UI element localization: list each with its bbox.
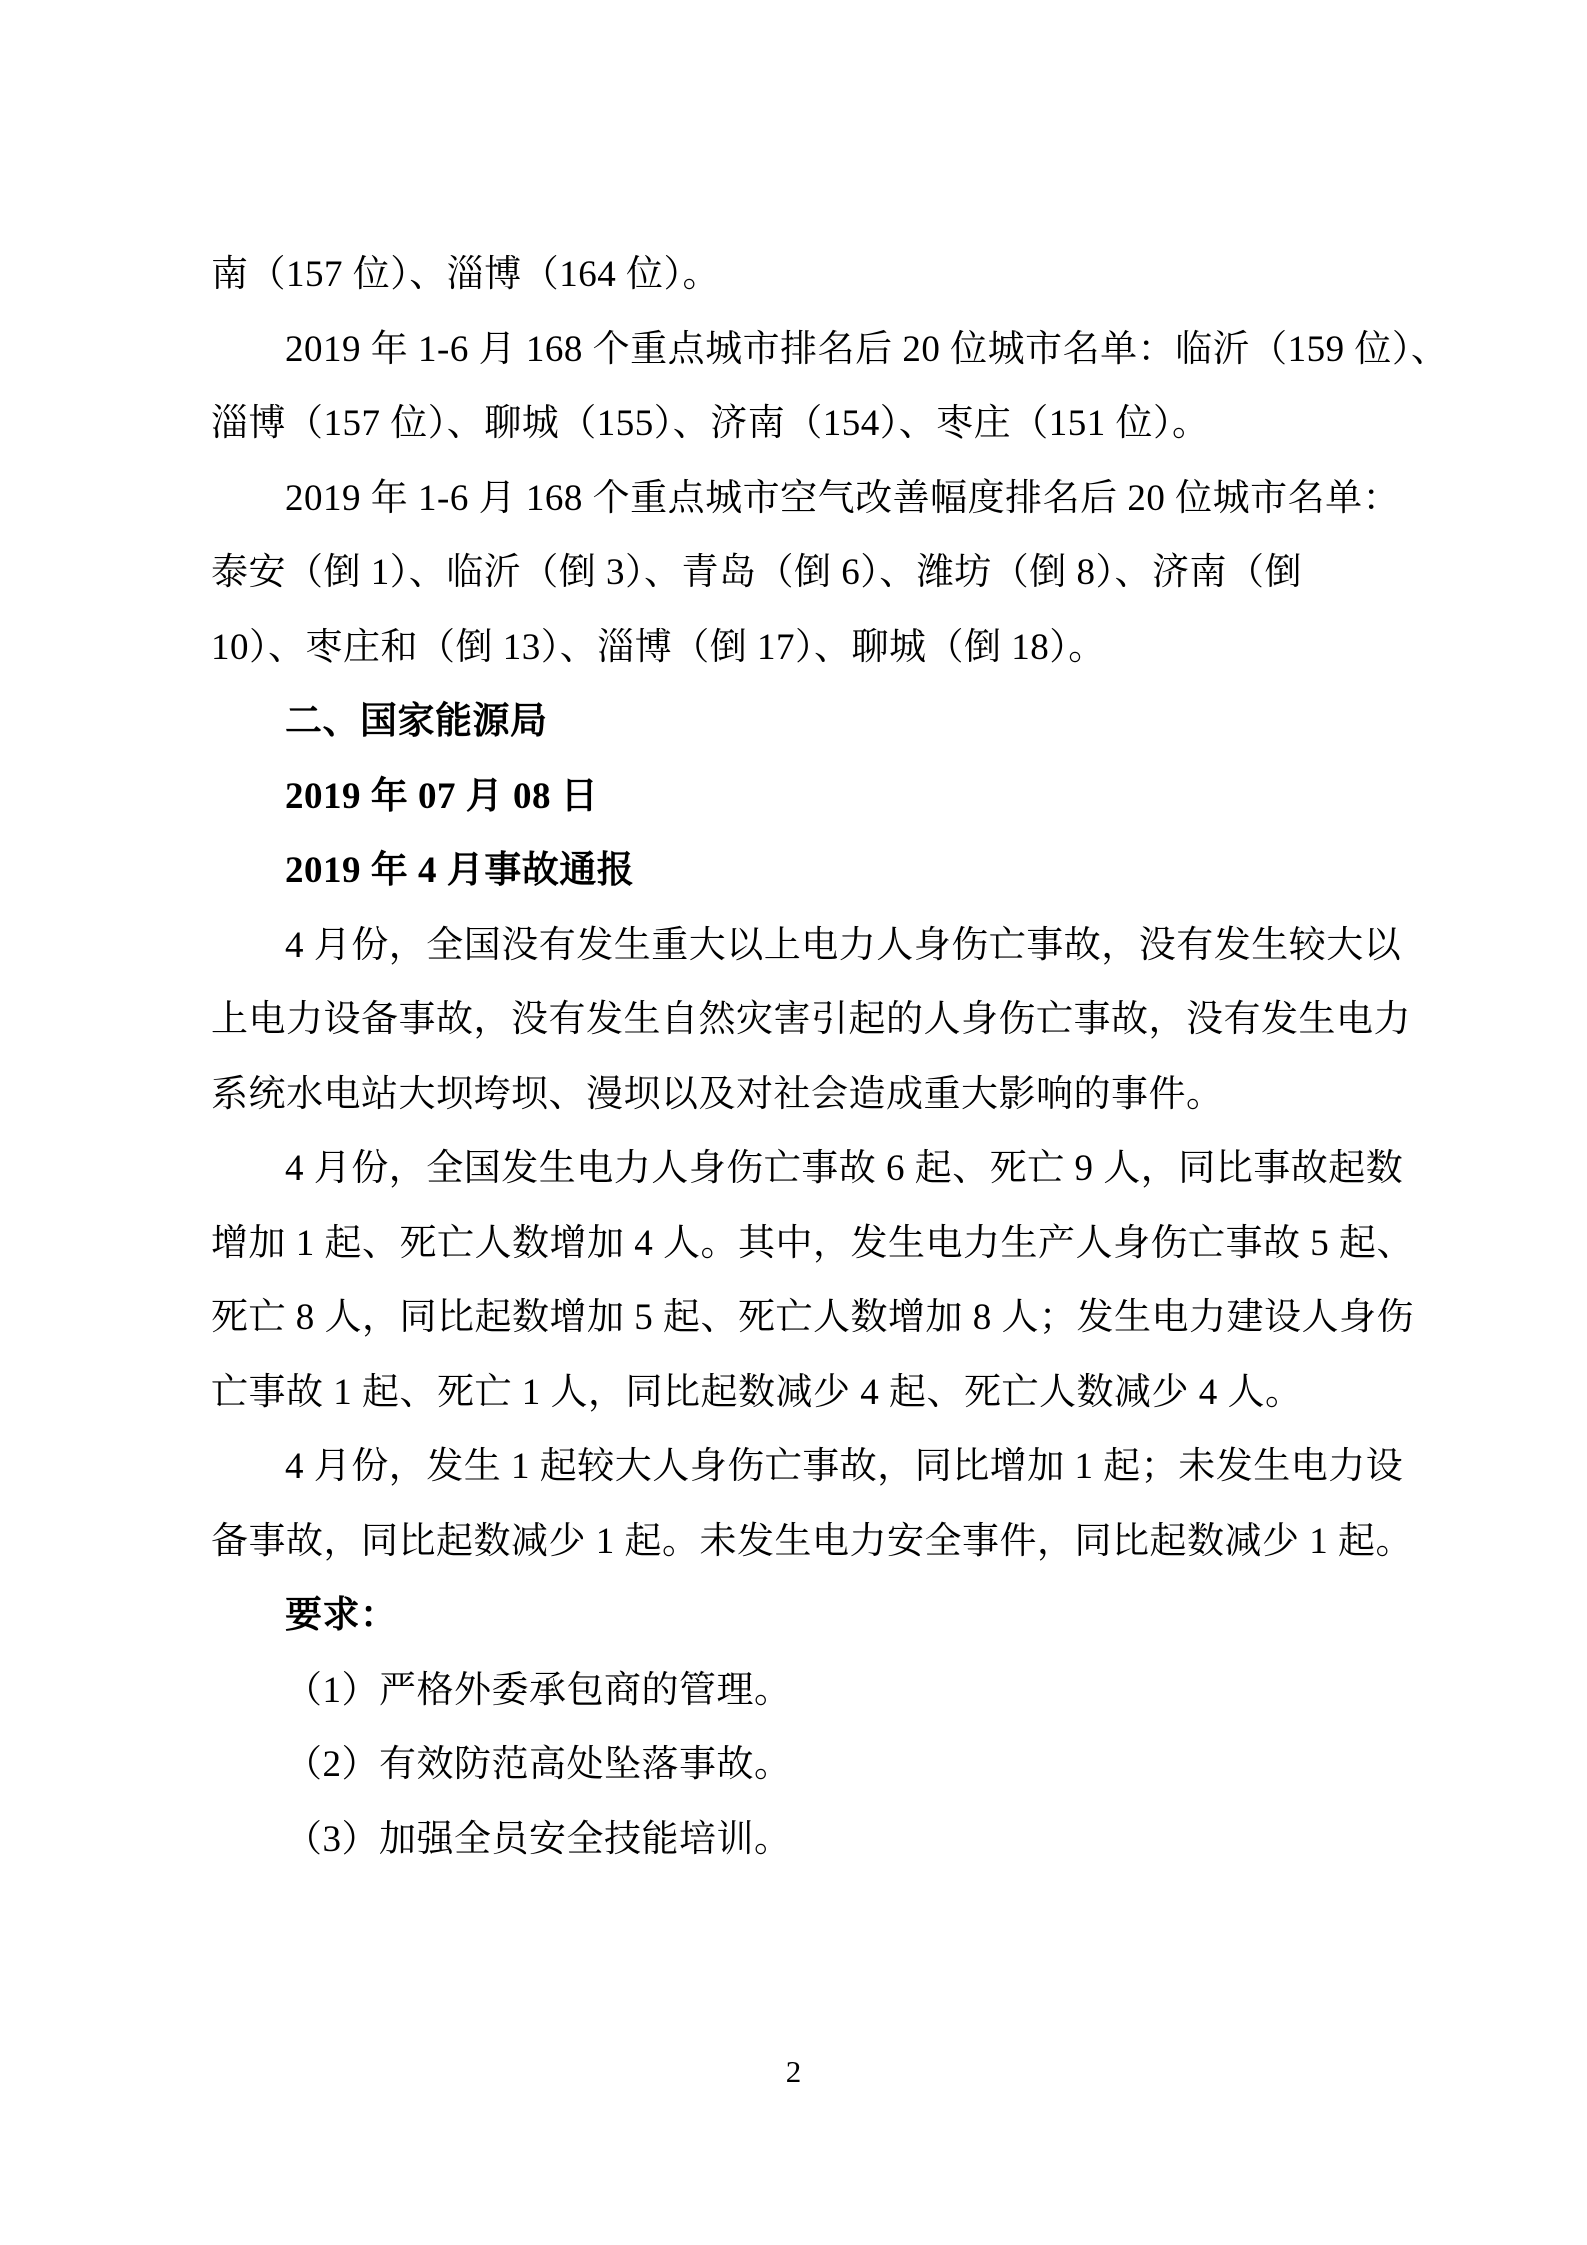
para-april-statistics-line-2: 增加 1 起、死亡人数增加 4 人。其中，发生电力生产人身伤亡事故 5 起、 [211, 1207, 1393, 1282]
para-april-major-accident-line-2: 备事故，同比起数减少 1 起。未发生电力安全事件，同比起数减少 1 起。 [211, 1505, 1393, 1580]
heading-accident-report-title: 2019 年 4 月事故通报 [211, 834, 1393, 909]
para-improvement-bottom20-first-line: 2019 年 1-6 月 168 个重点城市空气改善幅度排名后 20 位城市名单… [211, 462, 1393, 537]
para-april-statistics-line-3: 死亡 8 人，同比起数增加 5 起、死亡人数增加 8 人；发生电力建设人身伤 [211, 1281, 1393, 1356]
para-april-overview-line-3: 系统水电站大坝垮坝、漫坝以及对社会造成重大影响的事件。 [211, 1058, 1393, 1133]
para-ranking-bottom20-first-line: 2019 年 1-6 月 168 个重点城市排名后 20 位城市名单：临沂（15… [211, 313, 1393, 388]
para-april-statistics-line-4: 亡事故 1 起、死亡 1 人，同比起数减少 4 起、死亡人数减少 4 人。 [211, 1356, 1393, 1431]
document-body: 南（157 位）、淄博（164 位）。 2019 年 1-6 月 168 个重点… [211, 238, 1393, 1877]
heading-report-date: 2019 年 07 月 08 日 [211, 760, 1393, 835]
line-ranking-cities-continuation: 南（157 位）、淄博（164 位）。 [211, 238, 1393, 313]
para-april-major-accident-line-1: 4 月份，发生 1 起较大人身伤亡事故，同比增加 1 起；未发生电力设 [211, 1430, 1393, 1505]
line-improvement-cities-2: 10）、枣庄和（倒 13）、淄博（倒 17）、聊城（倒 18）。 [211, 611, 1393, 686]
para-april-overview-line-1: 4 月份，全国没有发生重大以上电力人身伤亡事故，没有发生较大以 [211, 909, 1393, 984]
line-improvement-cities-1: 泰安（倒 1）、临沂（倒 3）、青岛（倒 6）、潍坊（倒 8）、济南（倒 [211, 536, 1393, 611]
document-page: 南（157 位）、淄博（164 位）。 2019 年 1-6 月 168 个重点… [0, 0, 1587, 2245]
para-april-overview-line-2: 上电力设备事故，没有发生自然灾害引起的人身伤亡事故，没有发生电力 [211, 983, 1393, 1058]
page-number: 2 [0, 2050, 1587, 2094]
heading-national-energy-administration: 二、国家能源局 [211, 685, 1393, 760]
requirement-item-3: （3）加强全员安全技能培训。 [211, 1803, 1393, 1878]
para-april-statistics-line-1: 4 月份，全国发生电力人身伤亡事故 6 起、死亡 9 人，同比事故起数 [211, 1132, 1393, 1207]
requirement-item-1: （1）严格外委承包商的管理。 [211, 1654, 1393, 1729]
requirement-item-2: （2）有效防范高处坠落事故。 [211, 1728, 1393, 1803]
line-ranking-bottom20-continuation: 淄博（157 位）、聊城（155）、济南（154）、枣庄（151 位）。 [211, 387, 1393, 462]
heading-requirements: 要求： [211, 1579, 1393, 1654]
